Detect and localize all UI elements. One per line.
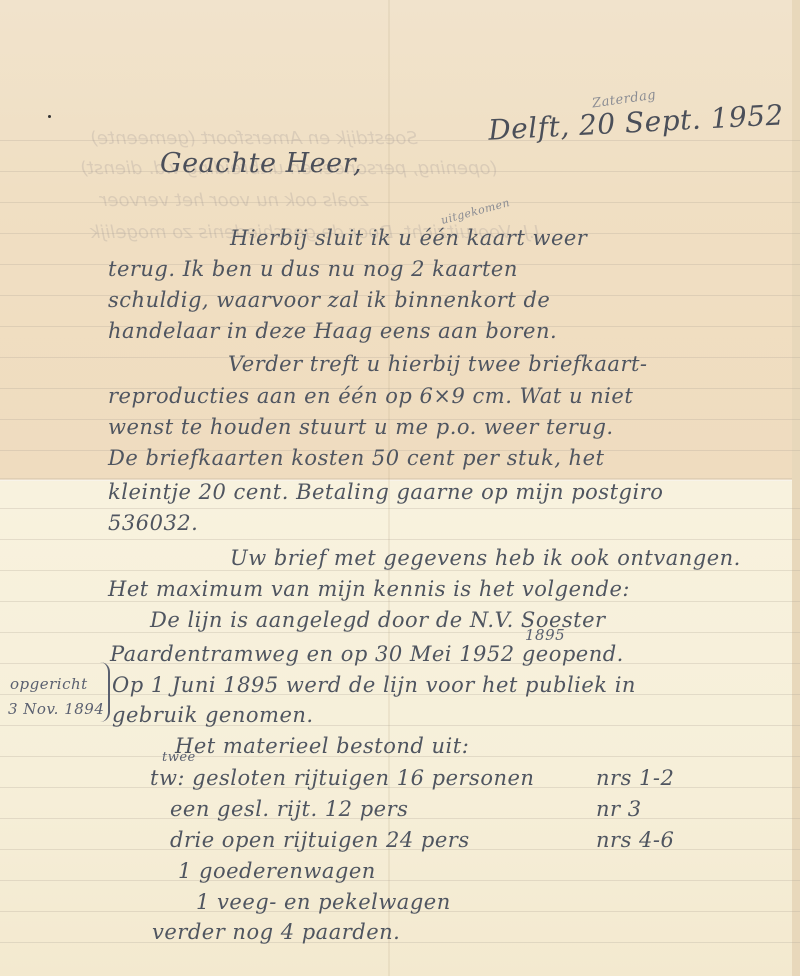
ink-speck <box>48 115 51 118</box>
material-item: een gesl. rijt. 12 pers <box>170 797 408 821</box>
paper-edge <box>792 0 800 976</box>
ruled-line <box>0 601 800 602</box>
margin-note: 3 Nov. 1894 <box>8 700 104 718</box>
material-item-numbers: nrs 1-2 <box>596 766 674 790</box>
letter-line: handelaar in deze Haag eens aan boren. <box>108 319 557 343</box>
show-through-text: zoals ook nu voor het vervoer <box>100 190 369 211</box>
letter-line: schuldig, waarvoor zal ik binnenkort de <box>108 288 550 312</box>
letter-sheet: Soestdijk en Amersfoort (gemeente) (open… <box>0 0 800 976</box>
letter-line: Het maximum van mijn kennis is het volge… <box>108 577 630 601</box>
ruled-line <box>0 570 800 571</box>
ruled-line <box>0 508 800 509</box>
letter-line: wenst te houden stuurt u me p.o. weer te… <box>108 415 614 439</box>
letter-line: Op 1 Juni 1895 werd de lijn voor het pub… <box>112 673 636 697</box>
salutation: Geachte Heer, <box>160 148 362 179</box>
material-item: tw: gesloten rijtuigen 16 personen <box>150 766 534 790</box>
margin-bracket <box>100 662 110 722</box>
letter-line: Paardentramweg en op 30 Mei 1952 geopend… <box>110 642 624 666</box>
material-closing: verder nog 4 paarden. <box>152 920 400 944</box>
letter-line: kleintje 20 cent. Betaling gaarne op mij… <box>108 480 663 504</box>
material-item: drie open rijtuigen 24 pers <box>170 828 470 852</box>
ruled-line <box>0 632 800 633</box>
material-item-numbers: nrs 4-6 <box>596 828 674 852</box>
letter-line: reproducties aan en één op 6×9 cm. Wat u… <box>108 384 633 408</box>
letter-line: terug. Ik ben u dus nu nog 2 kaarten <box>108 257 518 281</box>
letter-line: 536032. <box>108 511 198 535</box>
show-through-text: Soestdijk en Amersfoort (gemeente) <box>90 128 418 149</box>
ruled-line <box>0 539 800 540</box>
letter-line: Verder treft u hierbij twee briefkaart- <box>228 352 648 376</box>
material-intro: Het materieel bestond uit: <box>175 734 469 758</box>
material-item-numbers: nr 3 <box>596 797 642 821</box>
material-item: 1 goederenwagen <box>178 859 376 883</box>
inserted-word: twee <box>162 750 196 765</box>
material-item: 1 veeg- en pekelwagen <box>196 890 451 914</box>
margin-note: opgericht <box>10 675 88 693</box>
letter-line: gebruik genomen. <box>112 703 314 727</box>
ruled-line <box>0 880 800 881</box>
letter-line: Hierbij sluit ik u één kaart weer <box>230 226 587 250</box>
letter-line: Uw brief met gegevens heb ik ook ontvang… <box>230 546 741 570</box>
letter-line: De briefkaarten kosten 50 cent per stuk,… <box>108 446 604 470</box>
